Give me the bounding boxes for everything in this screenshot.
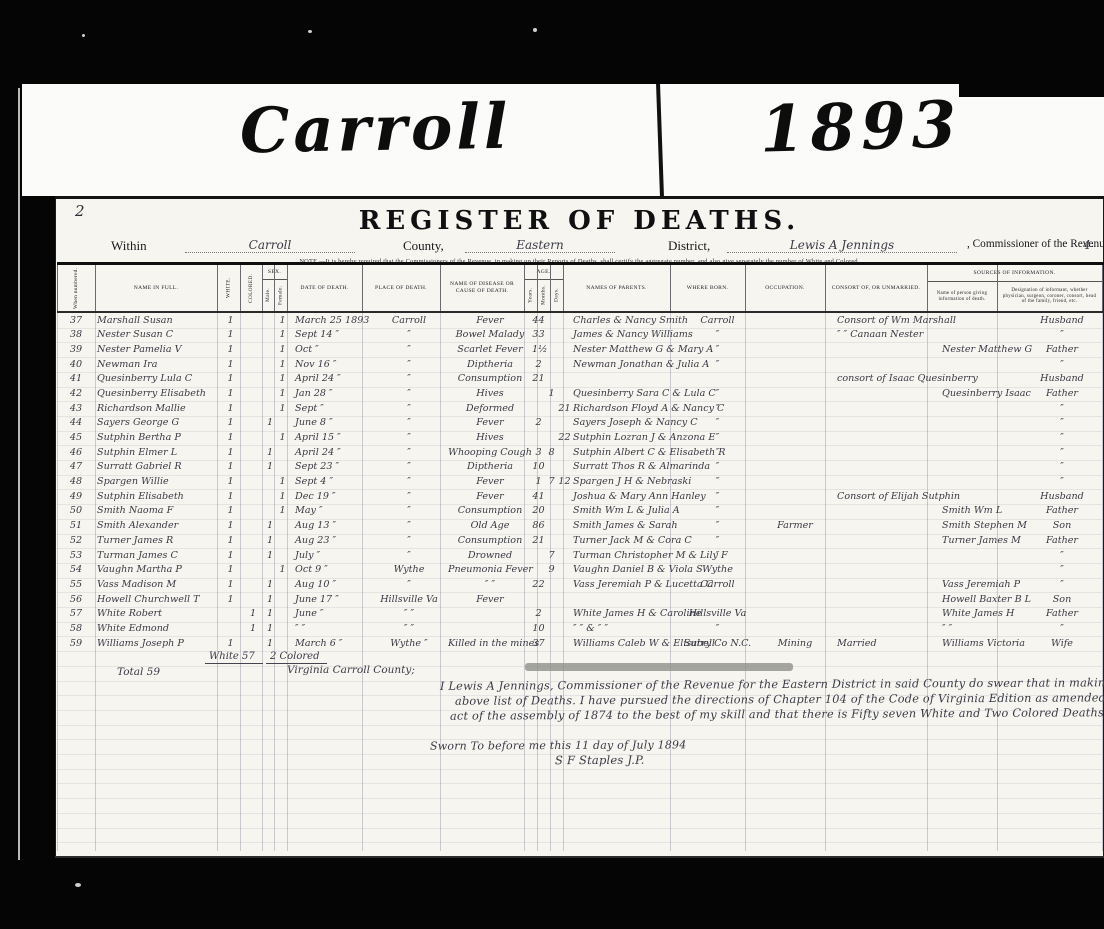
cell-female: 1 [276, 404, 289, 414]
cell-designation: Father [1012, 506, 1104, 516]
cell-age_y: 37 [532, 639, 545, 649]
cell-age_y: 22 [532, 580, 545, 590]
cell-born: Wythe [680, 565, 755, 575]
cell-male: 1 [264, 448, 276, 458]
grid-vline-header [825, 265, 826, 311]
col-header-number: When numbered. [57, 265, 95, 311]
cell-female: 1 [276, 477, 289, 487]
colored-total: 2 Colored [266, 651, 328, 664]
cell-name: Quesinberry Lula C [95, 374, 219, 384]
cell-female: 1 [276, 316, 289, 326]
cell-informant: Quesinberry Isaac [939, 389, 1012, 399]
cell-cause: Drowned [448, 551, 532, 561]
cell-informant: Turner James M [939, 536, 1012, 546]
cell-designation: ″ [1012, 360, 1104, 370]
cell-place: ″ [370, 462, 448, 472]
certification-line-3: act of the assembly of 1874 to the best … [450, 706, 1104, 722]
cell-cause: Consumption [448, 374, 532, 384]
grid-vline-header [287, 265, 288, 311]
grid-vline-header [745, 265, 746, 311]
cell-born: ″ [680, 492, 755, 502]
cell-num: 51 [57, 521, 95, 531]
cell-age_y: 33 [532, 330, 545, 340]
cell-female: 1 [276, 330, 289, 340]
state-county-line: Virginia Carroll County; [287, 664, 415, 676]
cell-cause: Whooping Cough [448, 448, 532, 458]
cell-place: Wythe ″ [370, 639, 448, 649]
scan-notch [959, 84, 1104, 97]
certification-line-1: I Lewis A Jennings, Commissioner of the … [440, 676, 1104, 693]
cell-parents: Quesinberry Sara C & Lula C [571, 389, 680, 399]
cell-parents: Vass Jeremiah P & Lucetta C [571, 580, 680, 590]
cell-place: ″ ″ [370, 624, 448, 634]
cell-parents: Smith Wm L & Julia A [571, 506, 680, 516]
cell-place: ″ [370, 418, 448, 428]
cell-date: ″ ″ [289, 624, 370, 634]
table-row: 58White Edmond11″ ″″ ″10″ ″ & ″ ″″″ ″″ [57, 621, 1104, 636]
cell-designation: ″ [1012, 580, 1104, 590]
cell-designation: ″ [1012, 404, 1104, 414]
col-header-days: Days. [550, 280, 563, 311]
cell-designation: ″ [1012, 462, 1104, 472]
cell-place: ″ [370, 506, 448, 516]
table-row: 54Vaughn Martha P11Oct 9 ″WythePneumonia… [57, 563, 1104, 578]
commissioner-value: Lewis A Jennings [727, 238, 957, 253]
cell-designation: Father [1012, 609, 1104, 619]
cell-date: May ″ [289, 506, 370, 516]
cell-age_y: 2 [532, 609, 545, 619]
cell-parents: Joshua & Mary Ann Hanley [571, 492, 680, 502]
film-speck [533, 28, 537, 32]
cell-num: 54 [57, 565, 95, 575]
cell-consort: consort of Isaac Quesinberry [835, 374, 939, 384]
cell-place: ″ [370, 580, 448, 590]
grid-vline-header [57, 265, 58, 311]
cell-name: Marshall Susan [95, 316, 219, 326]
cell-occupation: Farmer [755, 521, 835, 531]
cell-date: Jan 28 ″ [289, 389, 370, 399]
cell-female: 1 [276, 492, 289, 502]
grid-vline-header [550, 265, 551, 311]
cell-designation: ″ [1012, 565, 1104, 575]
cell-date: Oct 9 ″ [289, 565, 370, 575]
cell-designation: ″ [1012, 448, 1104, 458]
col-group-age: AGE. [524, 266, 563, 278]
cell-cause: ″ ″ [448, 580, 532, 590]
cell-cause: Diptheria [448, 462, 532, 472]
cell-name: Sutphin Elmer L [95, 448, 219, 458]
col-header-parents: NAMES OF PARENTS. [563, 265, 670, 311]
table-row: 49Sutphin Elisabeth11Dec 19 ″″Fever41Jos… [57, 489, 1104, 504]
cell-informant: ″ ″ [939, 624, 1012, 634]
county-value: Carroll [185, 238, 355, 253]
cell-female: 1 [276, 360, 289, 370]
table-header: When numbered. NAME IN FULL. WHITE. COLO… [55, 265, 1104, 311]
cell-age_y: 3 [532, 448, 545, 458]
cell-name: Sutphin Bertha P [95, 433, 219, 443]
col-header-name: NAME IN FULL. [95, 265, 217, 311]
cell-female: 1 [276, 389, 289, 399]
cell-place: ″ [370, 536, 448, 546]
within-line: Within Carroll County, Eastern District,… [55, 238, 1104, 256]
cell-designation: Father [1012, 536, 1104, 546]
cell-date: March 25 1893 [289, 316, 370, 326]
cell-name: Vaughn Martha P [95, 565, 219, 575]
within-label: Within [111, 238, 147, 254]
grid-vline-header [670, 265, 671, 311]
cell-age_y: 41 [532, 492, 545, 502]
cell-num: 47 [57, 462, 95, 472]
cell-cause: Hives [448, 389, 532, 399]
table-row: 43Richardson Mallie11Sept ″″Deformed21Ri… [57, 401, 1104, 416]
cell-male: 1 [264, 639, 276, 649]
table-row: 51Smith Alexander11Aug 13 ″″Old Age86Smi… [57, 519, 1104, 534]
cell-name: Surratt Gabriel R [95, 462, 219, 472]
cell-white: 1 [219, 360, 242, 370]
cell-male: 1 [264, 624, 276, 634]
cell-designation: ″ [1012, 418, 1104, 428]
total-line: Total 59 [117, 666, 160, 678]
cell-female: 1 [276, 433, 289, 443]
table-row: 39Nester Pamelia V11Oct ″″Scarlet Fever1… [57, 342, 1104, 357]
cell-parents: Vaughn Daniel B & Viola S [571, 565, 680, 575]
cell-place: ″ [370, 389, 448, 399]
cell-cause: Fever [448, 595, 532, 605]
cell-white: 1 [219, 521, 242, 531]
cell-born: ″ [680, 448, 755, 458]
cell-white: 1 [219, 330, 242, 340]
cell-name: Sutphin Elisabeth [95, 492, 219, 502]
cell-date: Oct ″ [289, 345, 370, 355]
grid-vline-header [240, 265, 241, 311]
cell-designation: Son [1012, 521, 1104, 531]
cell-born: ″ [680, 477, 755, 487]
cell-date: Aug 23 ″ [289, 536, 370, 546]
cell-num: 42 [57, 389, 95, 399]
cell-parents: Turner Jack M & Cora C [571, 536, 680, 546]
film-speck [308, 30, 312, 33]
table-row: 56Howell Churchwell T11June 17 ″Hillsvil… [57, 592, 1104, 607]
cell-white: 1 [219, 433, 242, 443]
cell-age_y: 1½ [532, 345, 545, 355]
table-row: 55Vass Madison M11Aug 10 ″″″ ″22Vass Jer… [57, 577, 1104, 592]
cell-name: Sayers George G [95, 418, 219, 428]
cell-born: ″ [680, 360, 755, 370]
cell-born: ″ [680, 433, 755, 443]
cell-born: Hillsville Va [680, 609, 755, 619]
cell-place: ″ [370, 404, 448, 414]
district-value: Eastern [465, 238, 615, 253]
scan-smudge [525, 663, 793, 671]
cell-age_m: 1 [545, 389, 558, 399]
cover-county-handwriting: Carroll [239, 90, 512, 168]
col-header-informant: Name of person giving information of dea… [927, 282, 997, 311]
cell-date: April 15 ″ [289, 433, 370, 443]
cell-date: April 24 ″ [289, 448, 370, 458]
cover-year-handwriting: 1893 [759, 87, 963, 167]
cell-cause: Killed in the mines [448, 639, 532, 649]
cell-num: 59 [57, 639, 95, 649]
cell-parents: ″ ″ & ″ ″ [571, 624, 680, 634]
cell-parents: Richardson Floyd A & Nancy C [571, 404, 680, 414]
col-header-male: Male. [262, 280, 274, 311]
cell-consort: Married [835, 639, 939, 649]
cell-male: 1 [264, 418, 276, 428]
ledger-rule-line [57, 725, 1102, 726]
cell-age_y: 10 [532, 462, 545, 472]
register-page: 2 REGISTER OF DEATHS. Within Carroll Cou… [55, 196, 1104, 858]
cell-name: Quesinberry Elisabeth [95, 389, 219, 399]
cell-name: White Robert [95, 609, 219, 619]
cell-parents: Nester Matthew G & Mary A [571, 345, 680, 355]
cell-white: 1 [219, 492, 242, 502]
cell-born: ″ [680, 551, 755, 561]
year-last-digit: 4 [1083, 238, 1091, 252]
cell-cause: Diptheria [448, 360, 532, 370]
cell-white: 1 [219, 506, 242, 516]
cell-place: ″ [370, 448, 448, 458]
cell-num: 37 [57, 316, 95, 326]
cell-consort: Consort of Elijah Sutphin [835, 492, 939, 502]
cell-date: June ″ [289, 609, 370, 619]
cell-designation: Husband [1012, 492, 1104, 502]
cell-age_y: 2 [532, 418, 545, 428]
table-row: 50Smith Naoma F11May ″″Consumption20Smit… [57, 504, 1104, 519]
table-row: 37Marshall Susan11March 25 1893CarrollFe… [57, 313, 1104, 328]
cell-age_y: 86 [532, 521, 545, 531]
cell-cause: Pneumonia Fever [448, 565, 532, 575]
table-body: 37Marshall Susan11March 25 1893CarrollFe… [57, 313, 1104, 651]
cell-age_d: 22 [558, 433, 571, 443]
cell-cause: Fever [448, 418, 532, 428]
grid-vline-header [95, 265, 96, 311]
cell-num: 40 [57, 360, 95, 370]
district-label: District, [668, 238, 710, 254]
cell-num: 43 [57, 404, 95, 414]
cell-born: ″ [680, 536, 755, 546]
cell-num: 52 [57, 536, 95, 546]
col-header-consort: CONSORT OF, OR UNMARRIED. [825, 265, 927, 311]
cell-num: 49 [57, 492, 95, 502]
cell-cause: Scarlet Fever [448, 345, 532, 355]
cell-cause: Fever [448, 316, 532, 326]
table-row: 47Surratt Gabriel R11Sept 23 ″″Diptheria… [57, 460, 1104, 475]
cell-male: 1 [264, 609, 276, 619]
ledger-rule-line [57, 813, 1102, 814]
table-row: 41Quesinberry Lula C11April 24 ″″Consump… [57, 372, 1104, 387]
cell-num: 45 [57, 433, 95, 443]
race-summary-line: White 57 2 Colored [205, 651, 327, 662]
cell-occupation: Mining [755, 639, 835, 649]
page-bottom-edge [55, 856, 1104, 858]
cell-age_y: 10 [532, 624, 545, 634]
cell-date: Dec 19 ″ [289, 492, 370, 502]
cell-white: 1 [219, 595, 242, 605]
cell-cause: Fever [448, 492, 532, 502]
cell-place: ″ [370, 433, 448, 443]
cell-cause: Hives [448, 433, 532, 443]
suffix-period: . [1091, 238, 1094, 250]
page-title: REGISTER OF DEATHS. [55, 206, 1104, 236]
white-total: White 57 [205, 651, 263, 664]
cell-parents: Smith James & Sarah [571, 521, 680, 531]
grid-vline-header [927, 265, 928, 311]
cell-white: 1 [219, 462, 242, 472]
cell-name: Vass Madison M [95, 580, 219, 590]
cell-born: ″ [680, 624, 755, 634]
table-row: 40Newman Ira11Nov 16 ″″Diptheria2Newman … [57, 357, 1104, 372]
cell-age_y: 21 [532, 374, 545, 384]
table-row: 45Sutphin Bertha P11April 15 ″″Hives22Su… [57, 431, 1104, 446]
cell-white: 1 [219, 580, 242, 590]
cell-parents: Williams Caleb W & Elisabell [571, 639, 680, 649]
cell-age_m: 8 [545, 448, 558, 458]
ledger-rule-line [57, 828, 1102, 829]
cell-male: 1 [264, 462, 276, 472]
cell-num: 57 [57, 609, 95, 619]
cell-date: Sept 23 ″ [289, 462, 370, 472]
cell-date: June 8 ″ [289, 418, 370, 428]
cell-age_m: 7 [545, 477, 558, 487]
cell-name: Spargen Willie [95, 477, 219, 487]
cell-date: Nov 16 ″ [289, 360, 370, 370]
cell-designation: Wife [1012, 639, 1104, 649]
cell-age_y: 20 [532, 506, 545, 516]
cell-num: 38 [57, 330, 95, 340]
cell-female: 1 [276, 565, 289, 575]
cell-female: 1 [276, 374, 289, 384]
cell-parents: Sutphin Albert C & Elisabeth R [571, 448, 680, 458]
col-header-months: Months. [537, 280, 550, 311]
cell-male: 1 [264, 595, 276, 605]
sworn-statement-line: Sworn To before me this 11 day of July 1… [430, 738, 687, 752]
col-header-colored: COLORED. [240, 265, 262, 311]
col-group-sources: SOURCES OF INFORMATION. [927, 266, 1102, 280]
cell-designation: ″ [1012, 477, 1104, 487]
table-row: 59Williams Joseph P11March 6 ″Wythe ″Kil… [57, 636, 1104, 651]
ledger-rule-line [57, 783, 1102, 784]
cell-place: ″ [370, 345, 448, 355]
cell-name: Newman Ira [95, 360, 219, 370]
cell-name: Nester Susan C [95, 330, 219, 340]
county-label: County, [403, 238, 444, 254]
cell-place: ″ [370, 551, 448, 561]
col-header-place: PLACE OF DEATH. [362, 265, 440, 311]
cell-white: 1 [219, 536, 242, 546]
table-row: 57White Robert11June ″″ ″2White James H … [57, 607, 1104, 622]
col-header-cause: NAME OF DISEASE OR CAUSE OF DEATH. [440, 265, 524, 311]
grid-vline-header [997, 265, 998, 311]
cell-parents: James & Nancy Williams [571, 330, 680, 340]
cell-male: 1 [264, 580, 276, 590]
col-header-occupation: OCCUPATION. [745, 265, 825, 311]
grid-vline-header [537, 265, 538, 311]
cell-male: 1 [264, 536, 276, 546]
grid-vline-header [262, 265, 263, 311]
cell-age_y: 21 [532, 536, 545, 546]
cell-born: ″ [680, 521, 755, 531]
table-row: 46Sutphin Elmer L11April 24 ″″Whooping C… [57, 445, 1104, 460]
cell-designation: Father [1012, 389, 1104, 399]
cell-born: Carroll [680, 316, 755, 326]
cell-place: ″ [370, 374, 448, 384]
cell-place: ″ [370, 360, 448, 370]
cell-place: Wythe [370, 565, 448, 575]
ledger-rule-line [57, 798, 1102, 799]
cell-designation: ″ [1012, 330, 1104, 340]
grid-vline-header [274, 265, 275, 311]
col-header-date: DATE OF DEATH. [287, 265, 362, 311]
cell-born: Surry Co N.C. [680, 639, 755, 649]
cell-designation: ″ [1012, 433, 1104, 443]
cell-name: Smith Alexander [95, 521, 219, 531]
cell-num: 58 [57, 624, 95, 634]
film-edge-line [18, 88, 20, 860]
page-top-edge [55, 196, 1104, 199]
cell-parents: Sutphin Lozran J & Anzona E [571, 433, 680, 443]
cell-date: June 17 ″ [289, 595, 370, 605]
col-header-white: WHITE. [217, 265, 240, 311]
cell-name: Nester Pamelia V [95, 345, 219, 355]
grid-vline-header [217, 265, 218, 311]
table-row: 48Spargen Willie11Sept 4 ″″Fever1712Spar… [57, 475, 1104, 490]
scanned-register-page: Carroll 1893 2 REGISTER OF DEATHS. Withi… [0, 0, 1104, 929]
table-row: 42Quesinberry Elisabeth11Jan 28 ″″Hives1… [57, 386, 1104, 401]
cell-date: March 6 ″ [289, 639, 370, 649]
col-header-years: Years. [524, 280, 537, 311]
cell-born: ″ [680, 345, 755, 355]
cell-white: 1 [219, 389, 242, 399]
ledger-rule-line [57, 842, 1102, 843]
cell-designation: Father [1012, 345, 1104, 355]
cell-parents: Turman Christopher M & Lily F [571, 551, 680, 561]
film-speck [82, 34, 85, 37]
cell-white: 1 [219, 448, 242, 458]
cell-male: 1 [264, 521, 276, 531]
cell-informant: Vass Jeremiah P [939, 580, 1012, 590]
table-row: 53Turman James C11July ″″Drowned7Turman … [57, 548, 1104, 563]
cell-informant: Smith Wm L [939, 506, 1012, 516]
cell-cause: Fever [448, 477, 532, 487]
table-row: 44Sayers George G11June 8 ″″Fever2Sayers… [57, 416, 1104, 431]
col-header-born: WHERE BORN. [670, 265, 745, 311]
table-row: 38Nester Susan C11Sept 14 ″″Bowel Malady… [57, 328, 1104, 343]
cell-born: ″ [680, 330, 755, 340]
cell-informant: Smith Stephen M [939, 521, 1012, 531]
cell-name: Smith Naoma F [95, 506, 219, 516]
cell-designation: ″ [1012, 551, 1104, 561]
cell-age_y: 44 [532, 316, 545, 326]
cell-cause: Consumption [448, 536, 532, 546]
cell-age_d: 12 [558, 477, 571, 487]
cell-parents: Spargen J H & Nebraski [571, 477, 680, 487]
col-header-female: Female. [274, 280, 287, 311]
cell-born: ″ [680, 418, 755, 428]
cell-colored: 1 [242, 624, 264, 634]
cell-place: ″ [370, 330, 448, 340]
cell-age_y: 1 [532, 477, 545, 487]
cell-informant: White James H [939, 609, 1012, 619]
cell-name: Williams Joseph P [95, 639, 219, 649]
cell-informant: Nester Matthew G [939, 345, 1012, 355]
cell-white: 1 [219, 316, 242, 326]
cell-designation: Husband [1012, 316, 1104, 326]
ledger-cover-strip: Carroll 1893 [22, 84, 1104, 196]
book-fold-line [656, 84, 664, 196]
cell-name: Turman James C [95, 551, 219, 561]
cell-parents: White James H & Caroline [571, 609, 680, 619]
cell-white: 1 [219, 418, 242, 428]
